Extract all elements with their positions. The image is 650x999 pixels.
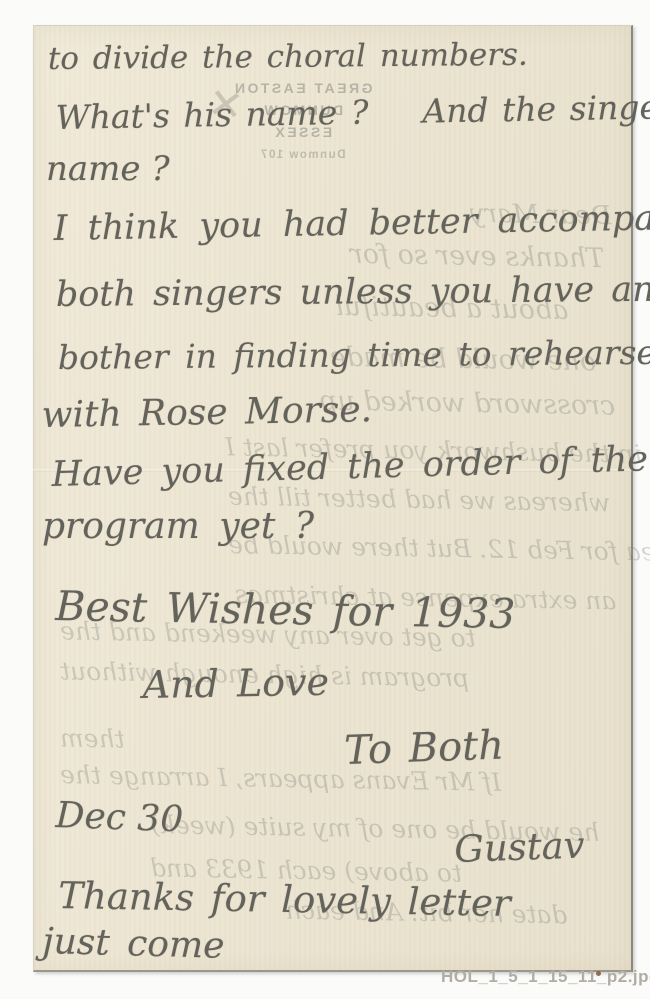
scan-background: GREAT EASTON DUNMOW ESSEX Dunmow 107 ✕ D…	[0, 0, 650, 999]
handwriting-line: To Both	[344, 725, 505, 771]
paper-speck	[596, 971, 601, 976]
scan-filename-label: HOL_1_5_1_15_11_p2.jpg	[441, 967, 650, 987]
handwriting-line: program yet ?	[42, 509, 314, 545]
handwriting-line: name ?	[46, 152, 170, 186]
handwriting-line: to divide the choral numbers.	[48, 40, 528, 75]
handwriting-line: both singers unless you have any	[56, 273, 650, 313]
bleed-through-line: Thanks ever so for	[350, 241, 605, 272]
handwriting-line: What's his name ? And the singer's	[55, 90, 650, 134]
handwriting-line: Dec 30	[55, 798, 184, 838]
handwriting-line: Thanks for lovely letter	[58, 877, 511, 922]
handwriting-line: just come	[42, 924, 225, 965]
handwriting-line: bother in finding time to rehearse	[58, 336, 650, 374]
handwriting-line: I think you had better accompany	[53, 201, 650, 247]
handwriting-line: Best Wishes for 1933	[55, 586, 516, 635]
bleed-through-line: them	[60, 725, 125, 751]
handwriting-line: with Rose Morse.	[41, 392, 372, 434]
handwriting-line: And Love	[142, 663, 329, 704]
letterhead-bleed-line: Dunmow 107	[205, 149, 400, 161]
handwriting-signature: Gustav	[454, 826, 585, 868]
